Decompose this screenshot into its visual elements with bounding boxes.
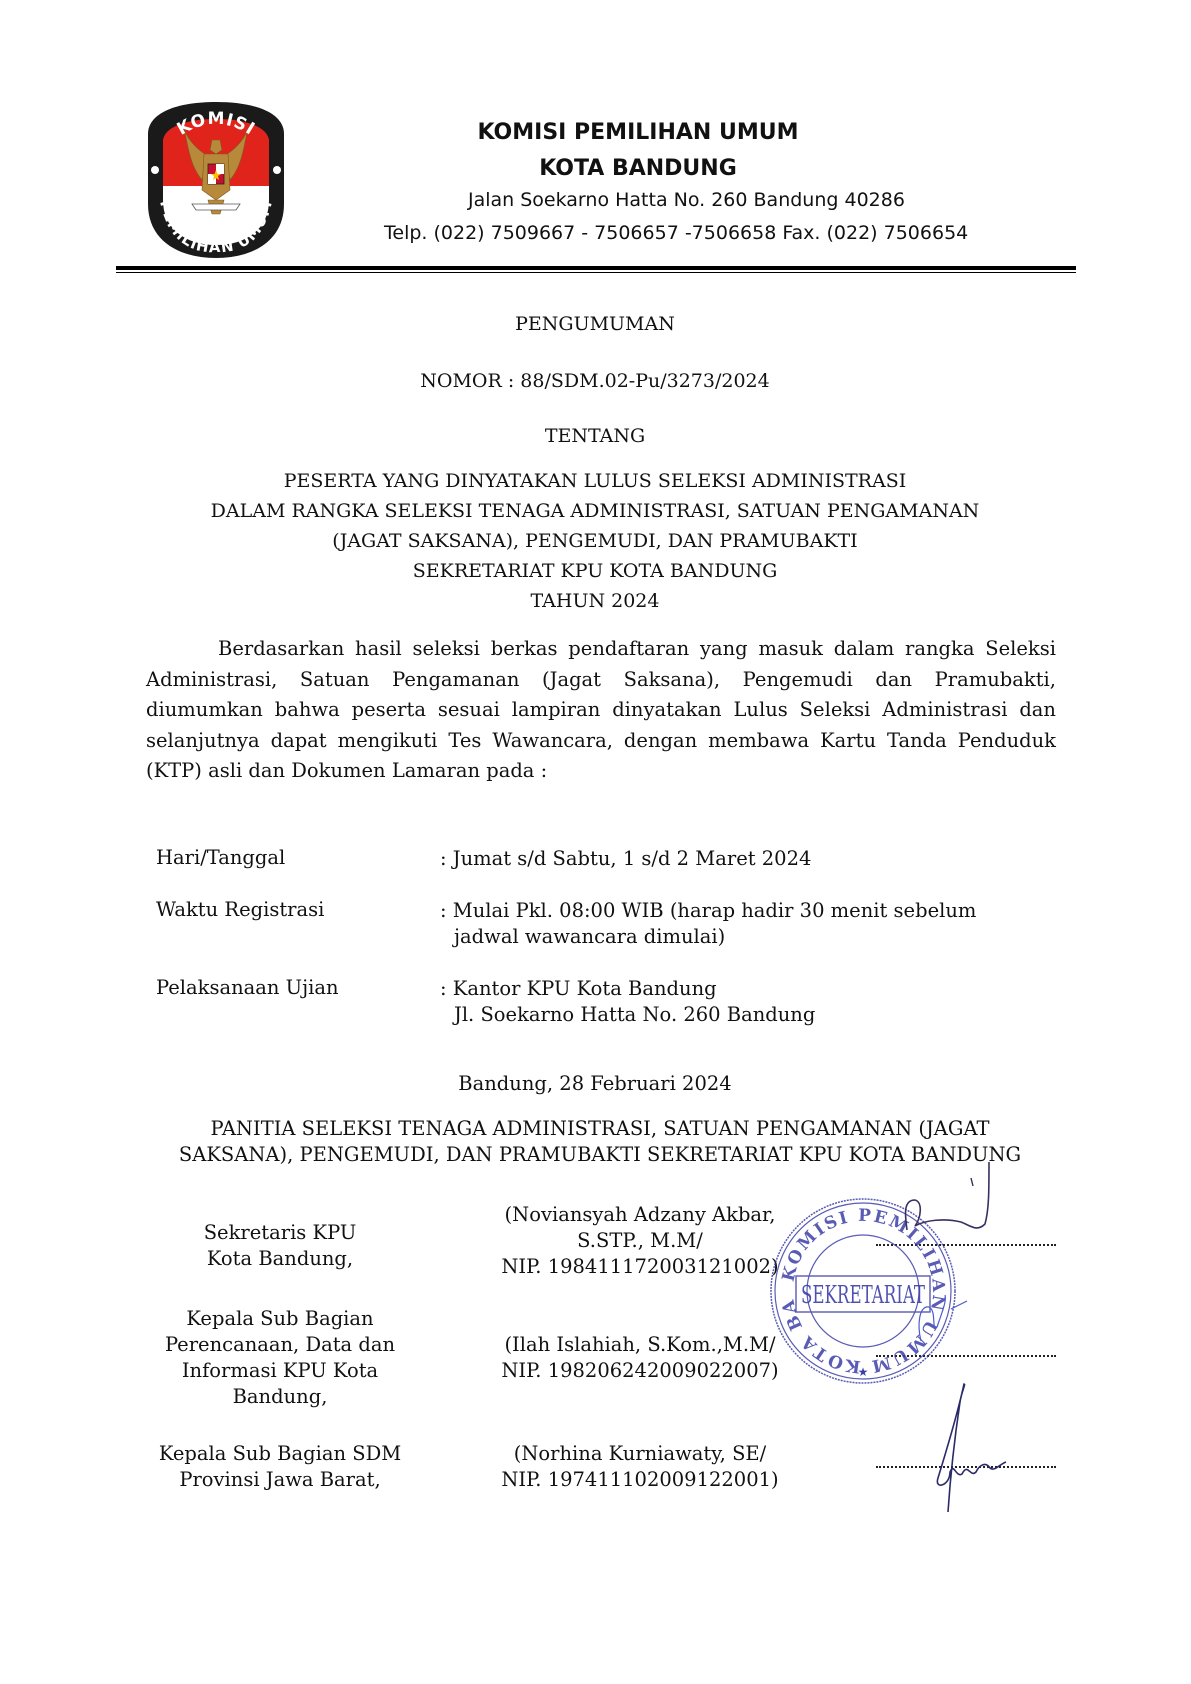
letterhead-divider: [116, 266, 1076, 270]
schedule-value-registration: : Mulai Pkl. 08:00 WIB (harap hadir 30 m…: [440, 898, 976, 950]
schedule-value-continuation: jadwal wawancara dimulai): [440, 924, 976, 950]
subject-line: PESERTA YANG DINYATAKAN LULUS SELEKSI AD…: [130, 466, 1060, 496]
role-line: Perencanaan, Data dan: [130, 1332, 430, 1358]
signatory-name: (Norhina Kurniawaty, SE/ NIP. 1974111020…: [460, 1441, 820, 1493]
role-line: Sekretaris KPU: [130, 1220, 430, 1246]
role-line: Provinsi Jawa Barat,: [130, 1467, 430, 1493]
document-title: PENGUMUMAN: [130, 313, 1060, 335]
role-line: Bandung,: [130, 1384, 430, 1410]
role-line: Informasi KPU Kota: [130, 1358, 430, 1384]
document-subject: PESERTA YANG DINYATAKAN LULUS SELEKSI AD…: [130, 466, 1060, 616]
schedule-label-date: Hari/Tanggal: [156, 846, 285, 869]
org-name-line1: KOMISI PEMILIHAN UMUM: [368, 120, 908, 145]
signatory-role: Sekretaris KPU Kota Bandung,: [130, 1220, 430, 1272]
signatory-role: Kepala Sub Bagian Perencanaan, Data dan …: [130, 1306, 430, 1410]
letterhead-divider-thin: [116, 272, 1076, 273]
subject-line: (JAGAT SAKSANA), PENGEMUDI, DAN PRAMUBAK…: [130, 526, 1060, 556]
name-line: S.STP., M.M/: [460, 1228, 820, 1254]
signatory-name: (Noviansyah Adzany Akbar, S.STP., M.M/ N…: [460, 1202, 820, 1280]
svg-text:★: ★: [858, 1365, 869, 1379]
schedule-value-venue: : Kantor KPU Kota Bandung Jl. Soekarno H…: [440, 976, 815, 1028]
document-number: NOMOR : 88/SDM.02-Pu/3273/2024: [130, 370, 1060, 392]
body-paragraph: Berdasarkan hasil seleksi berkas pendaft…: [146, 634, 1056, 787]
kpu-emblem-icon: KOMISI PEMILIHAN UMUM: [146, 100, 286, 258]
schedule-label-registration: Waktu Registrasi: [156, 898, 324, 921]
subject-line: DALAM RANGKA SELEKSI TENAGA ADMINISTRASI…: [130, 496, 1060, 526]
org-address: Jalan Soekarno Hatta No. 260 Bandung 402…: [468, 189, 905, 211]
org-name-line2: KOTA BANDUNG: [368, 156, 908, 181]
schedule-value-text: : Jumat s/d Sabtu, 1 s/d 2 Maret 2024: [440, 846, 811, 872]
schedule-value-text: : Mulai Pkl. 08:00 WIB (harap hadir 30 m…: [440, 898, 976, 924]
handwritten-signature-icon: [920, 1382, 1020, 1514]
document-about-label: TENTANG: [130, 425, 1060, 447]
schedule-label-venue: Pelaksanaan Ujian: [156, 976, 339, 999]
name-line: NIP. 198411172003121002): [460, 1254, 820, 1280]
handwritten-signature-icon: [885, 1160, 1015, 1240]
name-line: NIP. 198206242009022007): [460, 1358, 820, 1384]
place-date: Bandung, 28 Februari 2024: [130, 1072, 1060, 1095]
org-contact: Telp. (022) 7509667 - 7506657 -7506658 F…: [384, 222, 968, 244]
name-line: (Norhina Kurniawaty, SE/: [460, 1441, 820, 1467]
role-line: Kota Bandung,: [130, 1246, 430, 1272]
name-line: (Noviansyah Adzany Akbar,: [460, 1202, 820, 1228]
role-line: Kepala Sub Bagian: [130, 1306, 430, 1332]
name-line: (Ilah Islahiah, S.Kom.,M.M/: [460, 1332, 820, 1358]
committee-line: PANITIA SELEKSI TENAGA ADMINISTRASI, SAT…: [140, 1116, 1060, 1142]
announcement-page: KOMISI PEMILIHAN UMUM KOMISI PEMILIHAN U…: [0, 0, 1191, 1684]
schedule-value-continuation: Jl. Soekarno Hatta No. 260 Bandung: [440, 1002, 815, 1028]
schedule-value-text: : Kantor KPU Kota Bandung: [440, 976, 815, 1002]
signatory-name: (Ilah Islahiah, S.Kom.,M.M/ NIP. 1982062…: [460, 1332, 820, 1384]
svg-text:SEKRETARIAT: SEKRETARIAT: [801, 1281, 925, 1309]
name-line: NIP. 197411102009122001): [460, 1467, 820, 1493]
subject-line: SEKRETARIAT KPU KOTA BANDUNG: [130, 556, 1060, 586]
handwritten-signature-icon: [915, 1285, 985, 1345]
signatory-role: Kepala Sub Bagian SDM Provinsi Jawa Bara…: [130, 1441, 430, 1493]
schedule-value-date: : Jumat s/d Sabtu, 1 s/d 2 Maret 2024: [440, 846, 811, 872]
role-line: Kepala Sub Bagian SDM: [130, 1441, 430, 1467]
subject-line: TAHUN 2024: [130, 586, 1060, 616]
